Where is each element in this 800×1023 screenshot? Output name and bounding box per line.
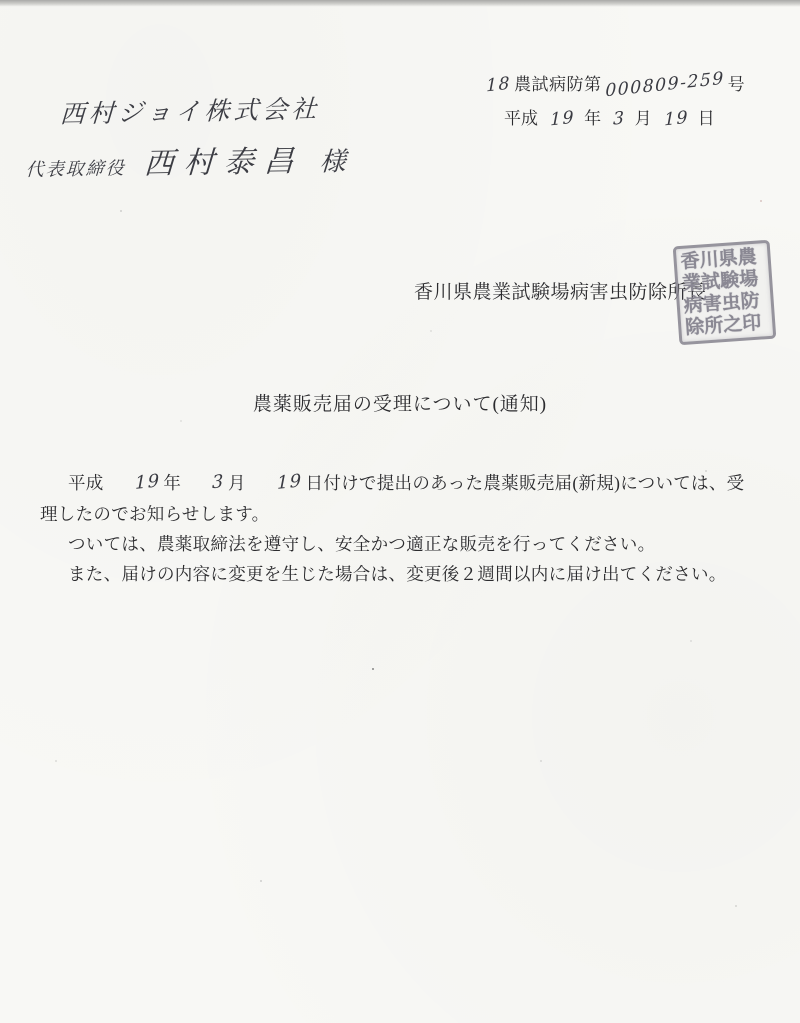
scan-speckles — [0, 0, 2, 2]
scanned-document-page: 18農試病防第000809-259号 平成19年3月19日 西村ジョイ株式会社 … — [0, 0, 800, 1023]
body-paragraph-2: ついては、農薬取締法を遵守し、安全かつ適正な販売を行ってください。 — [40, 529, 762, 559]
seal-text-row-4: 除所之印 — [685, 313, 762, 339]
body-p1-year-hand: 19 — [107, 466, 160, 502]
official-seal: 香川県農 業試験場 病害虫防 除所之印 — [673, 240, 777, 346]
reference-suffix: 号 — [728, 75, 746, 94]
body-p1-month-unit: 月 — [228, 473, 246, 493]
date-day-unit: 日 — [698, 109, 715, 128]
body-p1-year-unit: 年 — [163, 473, 181, 493]
reference-hand-number: 000809-259 — [605, 69, 724, 102]
recipient-person: 代表取締役 西村泰昌 様 — [25, 135, 347, 185]
reference-hand-prefix: 18 — [486, 74, 511, 97]
date-year-hand: 19 — [550, 108, 575, 131]
recipient-name: 西村泰昌 — [143, 136, 305, 183]
document-body: 平成19年3月19日付けで提出のあった農薬販売届(新規)については、受理したので… — [40, 468, 762, 589]
body-p1-day-hand: 19 — [249, 466, 302, 502]
date-day-hand: 19 — [664, 108, 689, 131]
sender-name: 香川県農業試験場病害虫防除所長 — [414, 277, 707, 304]
scan-edge — [0, 0, 800, 7]
date-month-unit: 月 — [635, 109, 652, 128]
recipient-title: 代表取締役 — [25, 154, 126, 182]
body-p1-era: 平成 — [68, 473, 104, 493]
body-paragraph-1: 平成19年3月19日付けで提出のあった農薬販売届(新規)については、受理したので… — [40, 468, 762, 529]
recipient-honorific: 様 — [319, 141, 347, 178]
date-year-unit: 年 — [584, 109, 601, 128]
body-p1-month-hand: 3 — [184, 467, 225, 501]
reference-label: 農試病防第 — [514, 75, 602, 94]
reference-number: 18農試病防第000809-259号 — [483, 70, 745, 95]
seal-row: 除所之印 — [685, 312, 769, 339]
issue-date: 平成19年3月19日 — [504, 104, 715, 129]
document-title: 農薬販売届の受理について(通知) — [0, 389, 800, 416]
date-era: 平成 — [504, 109, 538, 128]
body-paragraph-3: また、届けの内容に変更を生じた場合は、変更後２週間以内に届け出てください。 — [40, 559, 762, 589]
recipient-company: 西村ジョイ株式会社 — [59, 89, 321, 131]
date-month-hand: 3 — [613, 108, 625, 129]
